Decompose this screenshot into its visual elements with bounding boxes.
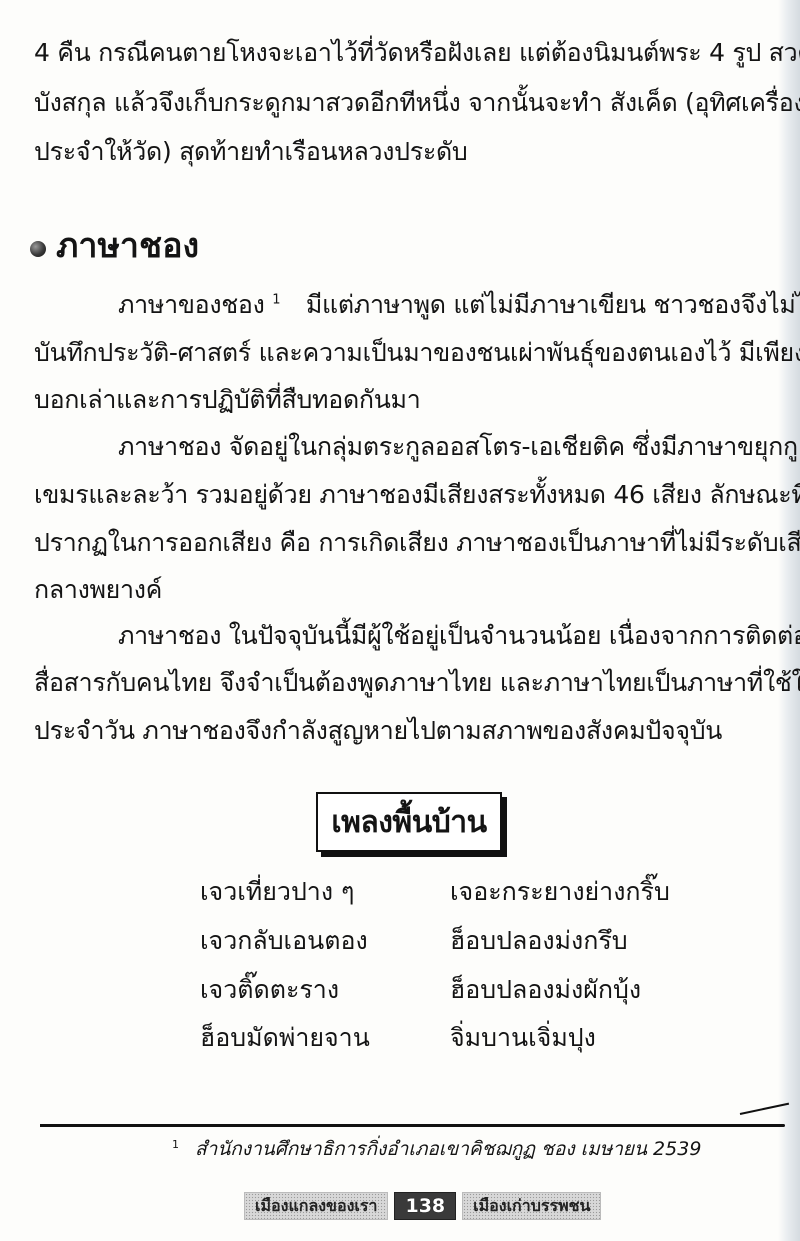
paragraph-line: บันทึกประวัติ-ศาสตร์ และความเป็นมาของชนเ… bbox=[34, 338, 800, 368]
song-line: ฮ็อบปลองม่งกรึบ bbox=[450, 926, 628, 956]
paragraph-line: ภาษาชอง จัดอยู่ในกลุ่มตระกูลออสโตร-เอเชี… bbox=[118, 432, 800, 462]
footnote-marker: 1 bbox=[172, 1138, 179, 1151]
intro-line: บังสกุล แล้วจึงเก็บกระดูกมาสวดอีกทีหนึ่ง… bbox=[34, 88, 800, 118]
song-line: เจอะกระยางย่างกริ๊บ bbox=[450, 877, 670, 907]
footer-left-label: เมืองแกลงของเรา bbox=[244, 1192, 388, 1220]
paragraph-line: สื่อสารกับคนไทย จึงจำเป็นต้องพูดภาษาไทย … bbox=[34, 668, 800, 698]
song-line: เจวเที่ยวปาง ๆ bbox=[200, 877, 354, 907]
paragraph-line: ภาษาของชอง 1 มีแต่ภาษาพูด แต่ไม่มีภาษาเข… bbox=[118, 290, 800, 320]
song-line: จิ่มบานเจิ่มปุง bbox=[450, 1023, 596, 1053]
section-heading-text: ภาษาชอง bbox=[56, 226, 199, 266]
paragraph-line: กลางพยางค์ bbox=[34, 575, 162, 605]
footer-right-label: เมืองเก่าบรรพชน bbox=[462, 1192, 601, 1220]
song-line: เจวกลับเอนตอง bbox=[200, 926, 368, 956]
footnote-text: สำนักงานศึกษาธิการกิ่งอำเภอเขาคิชฌกูฏ ชอ… bbox=[195, 1138, 701, 1160]
footnote-reference[interactable]: 1 bbox=[272, 293, 280, 308]
intro-line: 4 คืน กรณีคนตายโหงจะเอาไว้ที่วัดหรือฝังเ… bbox=[34, 38, 800, 68]
paragraph-text: ภาษาของชอง bbox=[118, 290, 265, 319]
paragraph-line: ปรากฏในการออกเสียง คือ การเกิดเสียง ภาษา… bbox=[34, 528, 800, 558]
paragraph-line: เขมรและละว้า รวมอยู่ด้วย ภาษาชองมีเสียงส… bbox=[34, 480, 800, 510]
paragraph-line: บอกเล่าและการปฏิบัติที่สืบทอดกันมา bbox=[34, 385, 420, 415]
paragraph-text: มีแต่ภาษาพูด แต่ไม่มีภาษาเขียน ชาวชองจึง… bbox=[306, 290, 800, 319]
song-line: ฮ็อบปลองม่งผักบุ้ง bbox=[450, 975, 641, 1005]
paragraph-line: ประจำวัน ภาษาชองจึงกำลังสูญหายไปตามสภาพข… bbox=[34, 716, 722, 746]
folk-song-title-box: เพลงพื้นบ้าน bbox=[316, 792, 502, 852]
footnote: 1 สำนักงานศึกษาธิการกิ่งอำเภอเขาคิชฌกูฏ … bbox=[172, 1136, 701, 1162]
bullet-dot-icon bbox=[30, 241, 46, 257]
running-footer: เมืองแกลงของเรา 138 เมืองเก่าบรรพชน bbox=[244, 1192, 601, 1220]
song-line: เจวติ๊ดตะราง bbox=[200, 975, 339, 1005]
page-number: 138 bbox=[394, 1192, 456, 1220]
folk-song-title: เพลงพื้นบ้าน bbox=[331, 799, 486, 846]
section-heading: ภาษาชอง bbox=[30, 226, 199, 266]
footnote-divider bbox=[40, 1124, 785, 1127]
intro-line: ประจำให้วัด) สุดท้ายทำเรือนหลวงประดับ bbox=[34, 137, 468, 167]
paragraph-line: ภาษาชอง ในปัจจุบันนี้มีผู้ใช้อยู่เป็นจำน… bbox=[118, 621, 800, 651]
song-line: ฮ็อบมัดพ่ายจาน bbox=[200, 1023, 370, 1053]
